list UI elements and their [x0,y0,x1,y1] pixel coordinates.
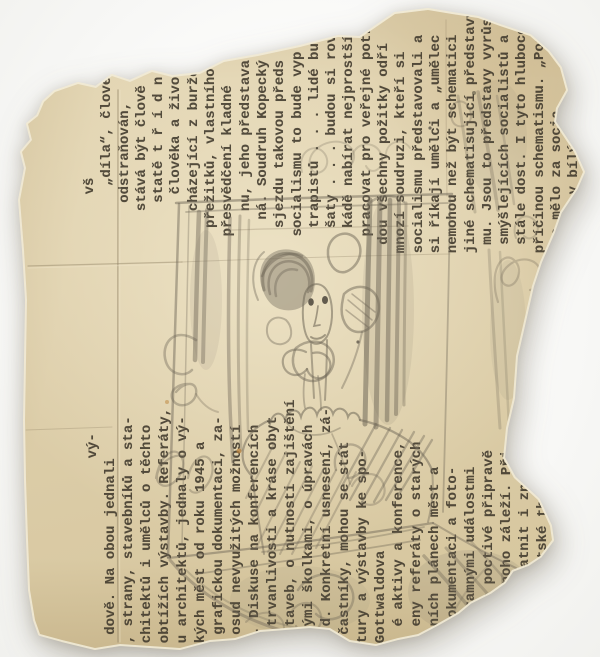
artwork-photo: vš „díla“, člověk odstraňován, stává být… [0,0,600,657]
torn-newsprint-fragment: vš „díla“, člověk odstraňován, stává být… [0,0,600,657]
scalloped-collar [270,407,360,435]
left-eye [308,298,314,306]
newsprint-paper: vš „díla“, člověk odstraňován, stává být… [0,0,600,657]
hair [253,249,315,310]
nose [314,306,320,326]
picture-frame [168,194,516,574]
right-eye [322,296,328,304]
pencil-sketch [0,0,600,657]
hatched-dress [243,420,433,554]
mouth [311,335,325,339]
